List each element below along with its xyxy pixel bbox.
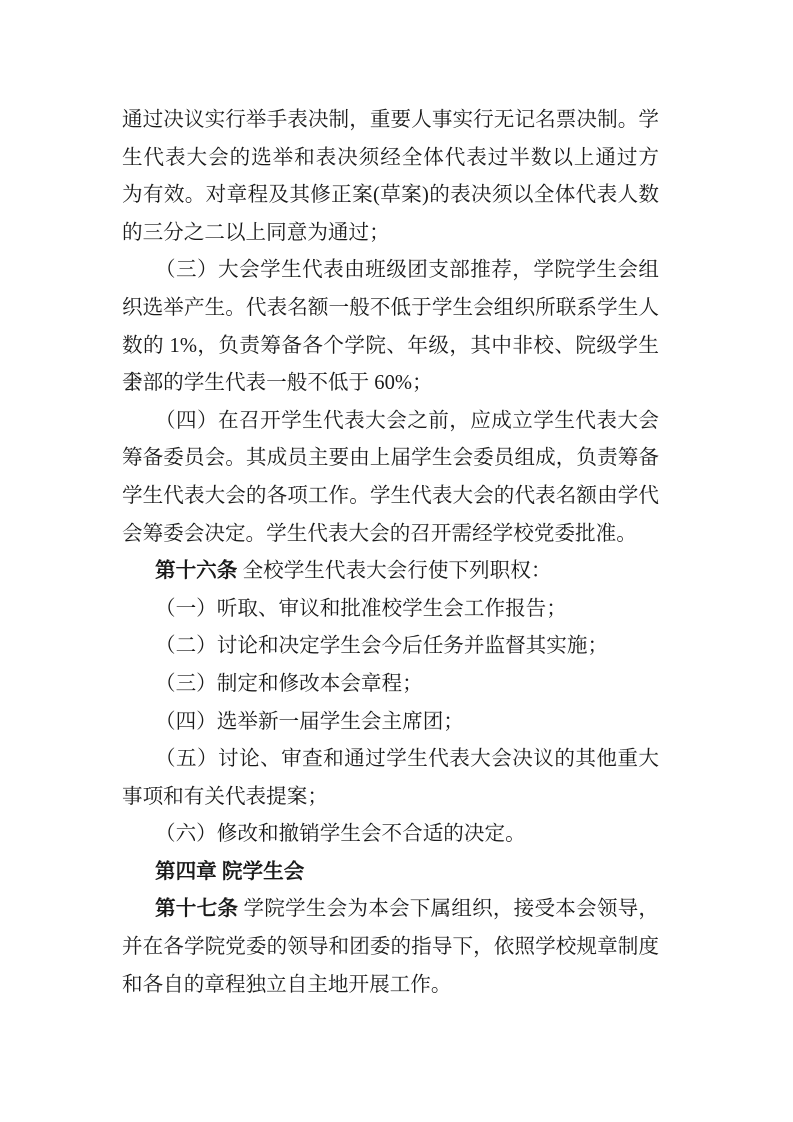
text-run: 生代表大会的选举和表决须经全体代表过半数以上通过方 [122, 147, 659, 169]
text-run: 筹备委员会。其成员主要由上届学生会委员组成，负责筹备 [122, 447, 659, 469]
text-line: （四）选举新一届学生会主席团； [122, 704, 659, 742]
text-run: 学院学生会为本会下属组织，接受本会领导， [238, 898, 659, 920]
text-line: （一）听取、审议和批准校学生会工作报告； [122, 591, 659, 629]
text-run: （三）大会学生代表由班级团支部推荐，学院学生会组 [155, 259, 659, 281]
text-line: 学生代表大会的各项工作。学生代表大会的代表名额由学代 [122, 478, 659, 516]
text-run: （六）修改和撤销学生会不合适的决定。 [155, 823, 526, 845]
text-line: 并在各学院党委的领导和团委的指导下，依照学校规章制度 [122, 929, 659, 967]
text-run: （三）制定和修改本会章程； [155, 673, 423, 695]
bold-text-run: 第十七条 [155, 898, 238, 920]
text-line: 为有效。对章程及其修正案(草案)的表决须以全体代表人数 [122, 177, 659, 215]
text-line: （四）在召开学生代表大会之前，应成立学生代表大会 [122, 403, 659, 441]
text-run: （四）选举新一届学生会主席团； [155, 711, 464, 733]
text-run: 的三分之二以上同意为通过； [122, 222, 390, 244]
text-run: （五）讨论、审查和通过学生代表大会决议的其他重大 [155, 748, 659, 770]
chapter-heading-line: 第四章 院学生会 [122, 854, 659, 892]
text-run: 干部的学生代表一般不低于 60%； [122, 372, 433, 394]
text-run: （四）在召开学生代表大会之前，应成立学生代表大会 [155, 410, 659, 432]
text-run: 学生代表大会的各项工作。学生代表大会的代表名额由学代 [122, 485, 659, 507]
text-run: 通过决议实行举手表决制，重要人事实行无记名票决制。学 [122, 109, 659, 131]
text-line: 事项和有关代表提案； [122, 779, 659, 817]
document-content: 通过决议实行举手表决制，重要人事实行无记名票决制。学生代表大会的选举和表决须经全… [122, 102, 659, 1004]
text-line: 生代表大会的选举和表决须经全体代表过半数以上通过方 [122, 140, 659, 178]
text-run: 全校学生代表大会行使下列职权： [237, 560, 551, 582]
text-line: （三）大会学生代表由班级团支部推荐，学院学生会组 [122, 252, 659, 290]
text-line: 会筹委会决定。学生代表大会的召开需经学校党委批准。 [122, 516, 659, 554]
text-line: 和各自的章程独立自主地开展工作。 [122, 967, 659, 1005]
text-line: 通过决议实行举手表决制，重要人事实行无记名票决制。学 [122, 102, 659, 140]
text-run: 和各自的章程独立自主地开展工作。 [122, 974, 452, 996]
text-line: 第十六条 全校学生代表大会行使下列职权： [122, 553, 659, 591]
text-run: （二）讨论和决定学生会今后任务并监督其实施； [155, 635, 608, 657]
bold-text-run: 第十六条 [155, 560, 237, 582]
document-page: 通过决议实行举手表决制，重要人事实行无记名票决制。学生代表大会的选举和表决须经全… [0, 0, 793, 1122]
text-line: 第十七条 学院学生会为本会下属组织，接受本会领导， [122, 891, 659, 929]
bold-text-run: 第四章 院学生会 [155, 861, 304, 883]
text-run: 事项和有关代表提案； [122, 786, 328, 808]
text-line: 的三分之二以上同意为通过； [122, 215, 659, 253]
text-run: （一）听取、审议和批准校学生会工作报告； [155, 598, 567, 620]
text-line: 织选举产生。代表名额一般不低于学生会组织所联系学生人 [122, 290, 659, 328]
text-run: 会筹委会决定。学生代表大会的召开需经学校党委批准。 [122, 523, 637, 545]
text-run: 织选举产生。代表名额一般不低于学生会组织所联系学生人 [122, 297, 659, 319]
text-line: 干部的学生代表一般不低于 60%； [122, 365, 659, 403]
text-run: 并在各学院党委的领导和团委的指导下，依照学校规章制度 [122, 936, 659, 958]
text-line: （二）讨论和决定学生会今后任务并监督其实施； [122, 628, 659, 666]
text-line: 数的 1%，负责筹备各个学院、年级，其中非校、院级学生会 [122, 328, 659, 366]
text-line: 筹备委员会。其成员主要由上届学生会委员组成，负责筹备 [122, 440, 659, 478]
text-line: （三）制定和修改本会章程； [122, 666, 659, 704]
text-line: （六）修改和撤销学生会不合适的决定。 [122, 816, 659, 854]
text-run: 为有效。对章程及其修正案(草案)的表决须以全体代表人数 [122, 184, 659, 206]
text-line: （五）讨论、审查和通过学生代表大会决议的其他重大 [122, 741, 659, 779]
